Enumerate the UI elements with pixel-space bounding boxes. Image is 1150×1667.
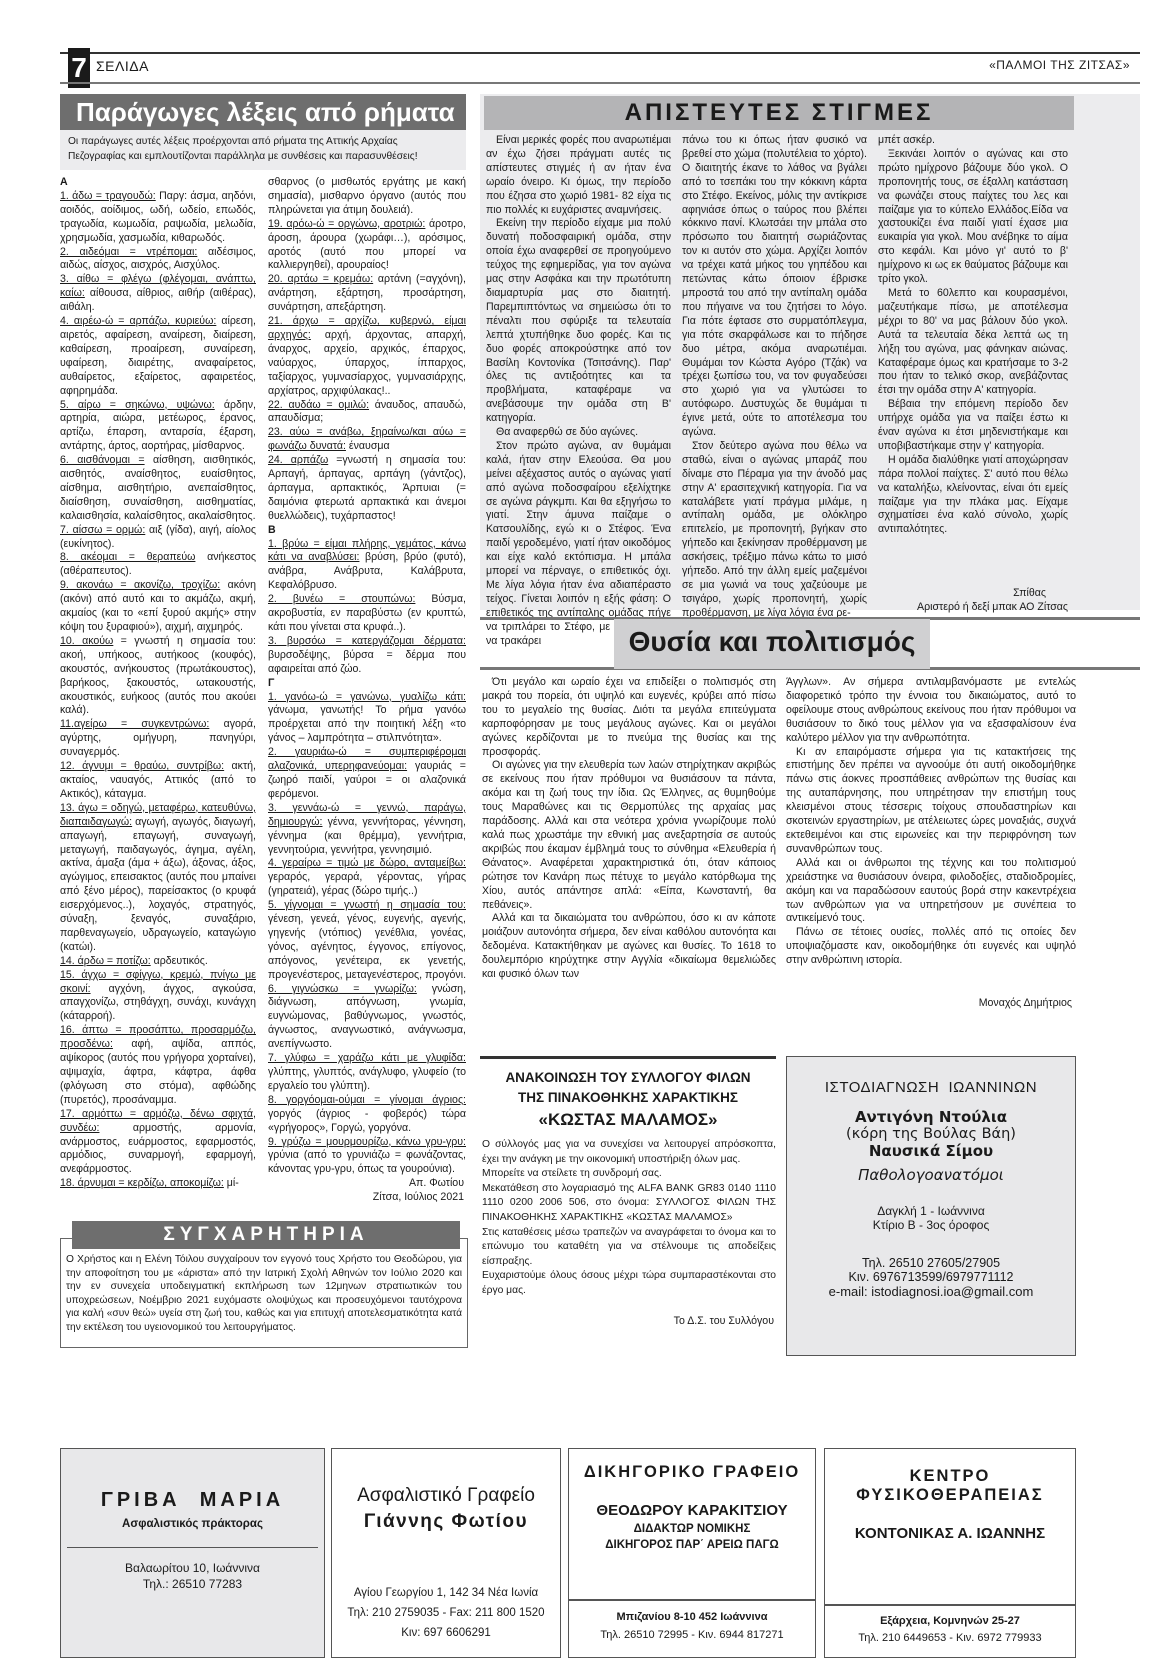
law-line2: ΔΙΚΗΓΟΡΟΣ ΠΑΡ΄ ΑΡΕΙΩ ΠΑΓΩ	[569, 1539, 815, 1551]
header-bottom-rule	[60, 82, 1140, 84]
paragraph: Μπορείτε να στείλετε τη συνδρομή σας.	[482, 1167, 776, 1182]
istodiagnosi-title: ΙΣΤΟΔΙΑΓΝΩΣΗ ΙΩΑΝΝΙΝΩΝ	[787, 1079, 1075, 1096]
glossary-term: 8. γοργόομαι-ούμαι = γίνομαι άγριος:	[268, 1094, 466, 1106]
glossary-entry: 10. ακούω = γνωστή η σημασία του: ακοή, …	[60, 635, 256, 718]
congrats-title: ΣΥΓΧΑΡΗΤΗΡΙΑ	[163, 1224, 368, 1245]
glossary-entry: 12. άγνυμι = θραύω, συντρίβω: ακτή, ακτα…	[60, 760, 256, 802]
glossary-term: 2. βυνέω = στουπώνω:	[268, 593, 415, 605]
glossary-entry: 2. βυνέω = στουπώνω: Βύσμα, ακροβυστία, …	[268, 593, 466, 635]
glossary-entry: 24. αρπάζω =γνωστή η σημασία του: Αρπαγή…	[268, 454, 466, 524]
glossary-entry: 4. γεραίρω = τιμώ με δώρο, ανταμείβω: γε…	[268, 857, 466, 899]
physio-name: ΚΟΝΤΟΝΙΚΑΣ Α. ΙΩΑΝΝΗΣ	[825, 1525, 1075, 1542]
glossary-term: 2. αιδεόμαι = ντρέπομαι:	[60, 246, 197, 258]
paragraph: Ευχαριστούμε όλους όσους μέχρι τώρα συμπ…	[482, 1269, 776, 1298]
glossary-definition: αρδευτικός.	[151, 955, 208, 967]
glossary-entry: σθαρνος (ο μισθωτός εργάτης με κακή σημα…	[268, 176, 466, 218]
glossary-entry: 4. αιρέω-ώ = αρπάζω, κυριεύω: αίρεση, αι…	[60, 315, 256, 398]
glossary-entry: 18. άρνυμαι = κερδίζω, αποκομίζω: μί-	[60, 1177, 256, 1191]
glossary-term: 9. ακονάω = ακονίζω, τροχίζω:	[60, 579, 220, 591]
glossary-term: 18. άρνυμαι = κερδίζω, αποκομίζω:	[60, 1177, 224, 1189]
moments-title-banner: ΑΠΙΣΤΕΥΤΕΣ ΣΤΙΓΜΕΣ	[484, 96, 1074, 130]
derivatives-column-1: Α1. άδω = τραγουδώ: Παργ: άσμα, αηδόνι, …	[60, 176, 256, 1191]
paragraph: Η ομάδα διαλύθηκε γιατί αποχώρησαν πάρα …	[878, 454, 1068, 537]
glossary-term: 4. αιρέω-ώ = αρπάζω, κυριεύω:	[60, 315, 216, 327]
glossary-entry: 7. γλύφω = χαράζω κάτι με γλυφίδα: γλύπτ…	[268, 1052, 466, 1094]
physio-phone: Τηλ. 210 6449653 - Κιν. 6972 779933	[825, 1632, 1075, 1644]
sacrifice-title-banner: Θυσία και πολιτισμός	[614, 619, 930, 669]
page-label: ΣΕΛΙΔΑ	[96, 58, 149, 74]
paragraph: Εκείνη την περίοδο είχαμε μια πολύ δυνατ…	[486, 217, 671, 426]
istodiagnosi-mobile: Κιν. 6976713599/6979771112	[787, 1270, 1075, 1284]
griva-name: ΓΡΙΒΑ ΜΑΡΙΑ	[61, 1489, 324, 1512]
istodiagnosi-specialty: Παθολογοανατόμοι	[787, 1166, 1075, 1184]
paragraph: Βέβαια την επόμενη περίοδο δεν υπήρχε ομ…	[878, 398, 1068, 454]
glossary-term: 8. ακέομαι = θεραπεύω	[60, 551, 195, 563]
derivatives-signature: Απ. Φωτίου	[268, 1177, 464, 1191]
fotiou-phone: Τηλ: 210 2759035 - Fax: 211 800 1520	[332, 1607, 560, 1619]
glossary-entry: 6. αισθάνομαι = αίσθηση, αισθητικός, αισ…	[60, 454, 256, 524]
law-divider	[569, 1599, 815, 1601]
derivatives-title-banner: Παράγωγες λέξεις από ρήματα	[60, 94, 466, 130]
glossary-entry: 15. άγχω = σφίγγω, κρεμώ, πνίγω με σκοιν…	[60, 969, 256, 1025]
glossary-entry: 11.αγείρω = συγκεντρώνω: αγορά, αγύρτης,…	[60, 718, 256, 760]
istodiagnosi-name1-note: (κόρη της Βούλας Βάη)	[787, 1126, 1075, 1142]
glossary-definition: βυρσοδέψης, βύρσα = δέρμα που αφαιρείται…	[268, 649, 466, 675]
griva-divider	[67, 1547, 318, 1548]
paragraph: Μεκατάθεση στο λογαριασμό της ALFA BANK …	[482, 1182, 776, 1226]
paragraph: Είναι μερικές φορές που αναρωτιέμαι αν έ…	[486, 134, 671, 217]
glossary-entry: 1. γανόω-ώ = γανώνω, γυαλίζω κάτι: γάνωμ…	[268, 691, 466, 747]
glossary-term: 11.αγείρω = συγκεντρώνω:	[60, 718, 209, 730]
glossary-entry: 9. γρύζω = μουρμουρίζω, κάνω γρυ-γρυ: γρ…	[268, 1136, 466, 1178]
glossary-definition: μί-	[224, 1177, 239, 1189]
griva-role: Ασφαλιστικός πράκτορας	[61, 1518, 324, 1530]
moments-signature: Σπίθας	[878, 587, 1046, 601]
glossary-entry: 14. άρδω = ποτίζω: αρδευτικός.	[60, 955, 256, 969]
glossary-entry: Γ	[268, 677, 466, 691]
glossary-term: 7. γλύφω = χαράζω κάτι με γλυφίδα:	[268, 1052, 466, 1064]
glossary-entry: 2. αιδεόμαι = ντρέπομαι: αιδέσιμος, αιδώ…	[60, 246, 256, 274]
physio-ad: ΚΕΝΤΡΟ ΦΥΣΙΚΟΘΕΡΑΠΕΙΑΣ ΚΟΝΤΟΝΙΚΑΣ Α. ΙΩΑ…	[824, 1448, 1076, 1658]
glossary-entry: 20. αρτάω = κρεμάω: αρτάνη (=αγχόνη), αν…	[268, 273, 466, 315]
paragraph: πάνω του κι όπως ήταν φυσικό να βρεθεί σ…	[682, 134, 867, 440]
glossary-entry: 19. αρόω-ώ = οργώνω, αροτριώ: άροτρο, άρ…	[268, 218, 466, 274]
glossary-definition: αίθουσα, αίθριος, αιθήρ (αιθέρας), αιθάλ…	[60, 287, 256, 313]
glossary-entry: 23. αύω = ανάβω, ξηραίνω/και αύω = φωνάζ…	[268, 426, 466, 454]
sacrifice-signature: Μοναχός Δημήτριος	[786, 997, 1072, 1011]
glossary-entry: 22. αυδάω = ομιλώ: άναυδος, απαυδώ, απαυ…	[268, 399, 466, 427]
glossary-definition: γρύνια (από το γρυνιάζω = φωνάζοντας, κά…	[268, 1149, 466, 1175]
paragraph: Ο σύλλογός μας για να συνεχίσει να λειτο…	[482, 1138, 776, 1167]
istodiagnosi-ad: ΙΣΤΟΔΙΑΓΝΩΣΗ ΙΩΑΝΝΙΝΩΝ Αντιγόνη Ντούλια …	[786, 1056, 1076, 1356]
moments-title: ΑΠΙΣΤΕΥΤΕΣ ΣΤΙΓΜΕΣ	[625, 99, 934, 126]
glossary-definition: αγωγή, αγωγός, διαγωγή, απαγωγή, επαγωγή…	[60, 816, 256, 953]
sacrifice-title: Θυσία και πολιτισμός	[629, 626, 916, 657]
glossary-entry: 7. αίσσω = ορμώ: αιξ (γίδα), αιγή, αίολο…	[60, 524, 256, 552]
paragraph: Κι αν επαιρόμαστε σήμερα για τις κατακτή…	[786, 746, 1076, 857]
glossary-definition: γένεση, γενεά, γένος, ευγενής, αγενής, γ…	[268, 913, 466, 981]
announcement-signature: Το Δ.Σ. του Συλλόγου	[482, 1315, 774, 1329]
paragraph: Θα αναφερθώ σε δύο αγώνες.	[486, 426, 671, 440]
glossary-term: 4. γεραίρω = τιμώ με δώρο, ανταμείβω:	[268, 857, 466, 869]
paragraph: Οι αγώνες για την ελευθερία των λαών στη…	[482, 759, 776, 912]
announcement-title: ΑΝΑΚΟΙΝΩΣΗ ΤΟΥ ΣΥΛΛΟΓΟΥ ΦΙΛΩΝ ΤΗΣ ΠΙΝΑΚΟ…	[480, 1068, 776, 1132]
glossary-entry: 8. ακέομαι = θεραπεύω ανήκεστος (αθέραπε…	[60, 551, 256, 579]
glossary-definition: Α	[60, 176, 68, 188]
glossary-term: 12. άγνυμι = θραύω, συντρίβω:	[60, 760, 224, 772]
glossary-term: 1. άδω = τραγουδώ:	[60, 190, 156, 202]
moments-signature-note: Αριστερό ή δεξί μπακ ΑΟ Ζίτσας	[878, 601, 1068, 615]
glossary-entry: 1. άδω = τραγουδώ: Παργ: άσμα, αηδόνι, α…	[60, 190, 256, 246]
glossary-entry: 1. βρύω = είμαι πλήρης, γεμάτος, κάνω κά…	[268, 538, 466, 594]
glossary-entry: 3. γεννάω-ώ = γεννώ, παράγω, δημιουργώ: …	[268, 802, 466, 858]
paragraph: Στον δεύτερο αγώνα που θέλω να σταθώ, εί…	[682, 440, 867, 621]
paragraph: Ότι μεγάλο και ωραίο έχει να επιδείξει ο…	[482, 676, 776, 759]
glossary-entry: 6. γιγνώσκω = γνωρίζω: γνώση, διάγνωση, …	[268, 983, 466, 1053]
law-office-ad: ΔΙΚΗΓΟΡΙΚΟ ΓΡΑΦΕΙΟ ΘΕΟΔΩΡΟΥ ΚΑΡΑΚΙΤΣΙΟΥ …	[568, 1448, 816, 1658]
glossary-entry: 3. αίθω = φλέγω (φλέγομαι, ανάπτω, καίω:…	[60, 273, 256, 315]
glossary-entry: Β	[268, 524, 466, 538]
paragraph: Στις καταθέσεις μέσω τραπεζών να αναγράφ…	[482, 1226, 776, 1270]
paragraph: Άγγλων». Αν σήμερα αντιλαμβανόμαστε με ε…	[786, 676, 1076, 746]
congrats-title-banner: ΣΥΓΧΑΡΗΤΗΡΙΑ	[72, 1221, 460, 1249]
fotiou-address: Αγίου Γεωργίου 1, 142 34 Νέα Ιωνία	[332, 1587, 560, 1599]
paragraph: Αλλά και τα δικαιώματα του ανθρώπου, όσο…	[482, 912, 776, 982]
glossary-term: 22. αυδάω = ομιλώ:	[268, 399, 369, 411]
law-address: Μπιζανίου 8-10 452 Ιωάννινα	[569, 1611, 815, 1623]
physio-title1: ΚΕΝΤΡΟ	[825, 1467, 1075, 1486]
law-name: ΘΕΟΔΩΡΟΥ ΚΑΡΑΚΙΤΣΙΟΥ	[569, 1502, 815, 1519]
glossary-definition: Γ	[268, 677, 274, 689]
glossary-term: 24. αρπάζω	[268, 454, 328, 466]
glossary-entry: 9. ακονάω = ακονίζω, τροχίζω: ακόνη (ακό…	[60, 579, 256, 635]
paragraph: Αλλά και οι άνθρωποι της τέχνης και του …	[786, 857, 1076, 927]
glossary-entry: 16. άπτω = προσάπτω, προσαρμόζω, προσδέν…	[60, 1024, 256, 1107]
derivatives-title: Παράγωγες λέξεις από ρήματα	[60, 94, 466, 130]
glossary-definition: γοργός (άγριος - φοβερός) τώρα «γρήγορος…	[268, 1108, 466, 1134]
glossary-term: 7. αίσσω = ορμώ:	[60, 524, 145, 536]
glossary-definition: γεραρός, γεραρά, γέροντας, γήρας (γηρατε…	[268, 871, 466, 897]
derivatives-place-date: Ζίτσα, Ιούλιος 2021	[268, 1191, 464, 1205]
istodiagnosi-address1: Δαγκλή 1 - Ιωάννινα	[787, 1204, 1075, 1218]
announcement-body: Ο σύλλογός μας για να συνεχίσει να λειτο…	[482, 1138, 776, 1299]
moments-column-1: Είναι μερικές φορές που αναρωτιέμαι αν έ…	[486, 134, 671, 649]
paragraph: Πάνω σε τέτοιες ουσίες, πολλές από τις ο…	[786, 926, 1076, 968]
physio-divider	[825, 1604, 1075, 1606]
glossary-entry: 5. αίρω = σηκώνω, υψώνω: άρδην, αρτηρία,…	[60, 399, 256, 455]
glossary-term: 6. γιγνώσκω = γνωρίζω:	[268, 983, 417, 995]
header-top-rule	[60, 52, 1140, 54]
moments-column-2: πάνω του κι όπως ήταν φυσικό να βρεθεί σ…	[682, 134, 867, 621]
glossary-term: 3. βυρσόω = κατεργάζομαι δέρματα:	[268, 635, 466, 647]
glossary-term: 14. άρδω = ποτίζω:	[60, 955, 151, 967]
glossary-term: 1. γανόω-ώ = γανώνω, γυαλίζω κάτι:	[268, 691, 466, 703]
paragraph: μπέτ ασκέρ.	[878, 134, 1068, 148]
istodiagnosi-phone: Τηλ. 26510 27605/27905	[787, 1256, 1075, 1270]
glossary-entry: 17. αρμόττω = αρμόζω, δένω σφιχτά, συνδέ…	[60, 1108, 256, 1178]
istodiagnosi-name1: Αντιγόνη Ντούλια	[787, 1108, 1075, 1126]
griva-address: Βαλαωρίτου 10, Ιωάννινα	[61, 1561, 324, 1575]
glossary-definition: γάνωμα, γανωτής! Το ρήμα γανόω προέρχετα…	[268, 704, 466, 744]
glossary-entry: 8. γοργόομαι-ούμαι = γίνομαι άγριος: γορ…	[268, 1094, 466, 1136]
paragraph: Μετά το 60λεπτο και κουρασμένοι, μαζευτή…	[878, 287, 1068, 398]
derivatives-column-2: σθαρνος (ο μισθωτός εργάτης με κακή σημα…	[268, 176, 466, 1177]
griva-phone: Τηλ.: 26510 77283	[61, 1577, 324, 1591]
glossary-definition: Β	[268, 524, 276, 536]
moments-column-3: μπέτ ασκέρ.Ξεκινάει λοιπόν ο αγώνας και …	[878, 134, 1068, 537]
glossary-entry: 3. βυρσόω = κατεργάζομαι δέρματα: βυρσοδ…	[268, 635, 466, 677]
fotiou-ad: Ασφαλιστικό Γραφείο Γιάννης Φωτίου Αγίου…	[331, 1448, 561, 1658]
glossary-definition: αίρεση, αιρετός, αφαίρεση, αναίρεση, δια…	[60, 315, 256, 397]
law-phone: Τηλ. 26510 72995 - Κιν. 6944 817271	[569, 1629, 815, 1641]
glossary-term: 5. αίρω = σηκώνω, υψώνω:	[60, 399, 215, 411]
glossary-entry: Α	[60, 176, 256, 190]
griva-ad: ΓΡΙΒΑ ΜΑΡΙΑ Ασφαλιστικός πράκτορας Βαλαω…	[60, 1448, 325, 1658]
glossary-term: 5. γίγνομαι = γνωστή η σημασία του:	[268, 899, 466, 911]
fotiou-mobile: Κιν: 697 6606291	[332, 1627, 560, 1639]
physio-title2: ΦΥΣΙΚΟΘΕΡΑΠΕΙΑΣ	[825, 1486, 1075, 1505]
istodiagnosi-address2: Κτίριο Β - 3ος όροφος	[787, 1218, 1075, 1232]
istodiagnosi-name2: Ναυσικά Σίμου	[787, 1142, 1075, 1160]
law-line1: ΔΙΔΑΚΤΩΡ ΝΟΜΙΚΗΣ	[569, 1523, 815, 1535]
sacrifice-column-2: Άγγλων». Αν σήμερα αντιλαμβανόμαστε με ε…	[786, 676, 1076, 968]
istodiagnosi-email: e-mail: istodiagnosi.ioa@gmail.com	[787, 1284, 1075, 1299]
fotiou-name: Γιάννης Φωτίου	[332, 1511, 560, 1533]
fotiou-title: Ασφαλιστικό Γραφείο	[332, 1485, 560, 1507]
glossary-entry: 2. γαυριάω-ώ = συμπεριφέρομαι αλαζονικά,…	[268, 746, 466, 802]
publication-name: «ΠΑΛΜΟΙ ΤΗΣ ΖΙΤΣΑΣ»	[989, 58, 1130, 72]
glossary-entry: 5. γίγνομαι = γνωστή η σημασία του: γένε…	[268, 899, 466, 982]
glossary-term: 19. αρόω-ώ = οργώνω, αροτριώ:	[268, 218, 425, 230]
glossary-definition: γλύπτης, γλυπτός, ανάγλυφο, γλυφείο (το …	[268, 1066, 466, 1092]
glossary-definition: = γνωστή η σημασία του: ακοή, υπήκοος, α…	[60, 635, 256, 717]
glossary-definition: σθαρνος (ο μισθωτός εργάτης με κακή σημα…	[268, 176, 466, 216]
glossary-term: 9. γρύζω = μουρμουρίζω, κάνω γρυ-γρυ:	[268, 1136, 466, 1148]
paragraph: Ξεκινάει λοιπόν ο αγώνας και στο πρώτο η…	[878, 148, 1068, 287]
glossary-definition: έναυσμα	[346, 440, 390, 452]
glossary-term: 6. αισθάνομαι =	[60, 454, 145, 466]
glossary-entry: 13. άγω = οδηγώ, μεταφέρω, κατευθύνω, δι…	[60, 802, 256, 955]
glossary-term: 10. ακούω	[60, 635, 113, 647]
glossary-entry: 21. άρχω = αρχίζω, κυβερνώ, είμαι αρχηγό…	[268, 315, 466, 398]
derivatives-intro: Οι παράγωγες αυτές λέξεις προέρχονται απ…	[60, 130, 466, 170]
law-title: ΔΙΚΗΓΟΡΙΚΟ ΓΡΑΦΕΙΟ	[569, 1463, 815, 1482]
physio-address: Εξάρχεια, Κομνηνών 25-27	[825, 1615, 1075, 1627]
glossary-term: 20. αρτάω = κρεμάω:	[268, 273, 373, 285]
congrats-text: Ο Χρήστος και η Ελένη Τόιλου συγχαίρουν …	[66, 1253, 462, 1335]
sacrifice-column-1: Ότι μεγάλο και ωραίο έχει να επιδείξει ο…	[482, 676, 776, 982]
announcement-top-rule	[480, 1056, 776, 1059]
